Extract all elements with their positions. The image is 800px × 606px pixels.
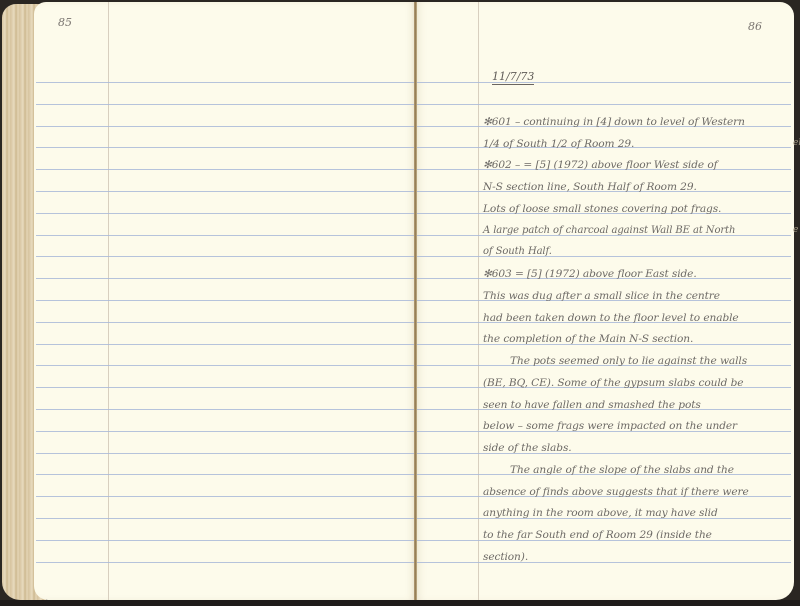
rule-line xyxy=(36,300,414,301)
rule-line xyxy=(36,540,414,541)
rule-line xyxy=(36,562,414,563)
rule-line xyxy=(36,213,414,214)
entry-date: 11/7/73 xyxy=(492,70,534,85)
note-line: ✻602 – = [5] (1972) above floor West sid… xyxy=(483,159,795,171)
notebook-spread: 85 86 11/7/73 ✻601 – continuing in [4] d… xyxy=(0,0,800,606)
note-line: to the far South end of Room 29 (inside … xyxy=(483,529,795,541)
note-line: anything in the room above, it may have … xyxy=(483,507,795,519)
rule-line xyxy=(36,278,414,279)
left-page-margin-line xyxy=(108,2,109,600)
note-line: A large patch of charcoal against Wall B… xyxy=(483,225,795,236)
right-page-number: 86 xyxy=(748,20,762,33)
rule-line xyxy=(417,82,791,83)
note-line: absence of finds above suggests that if … xyxy=(483,486,795,498)
rule-line xyxy=(36,431,414,432)
note-line: below – some frags were impacted on the … xyxy=(483,420,795,432)
rule-line xyxy=(36,453,414,454)
rule-line xyxy=(36,256,414,257)
right-page-margin-line xyxy=(478,2,479,600)
left-page xyxy=(34,2,416,600)
note-line: The pots seemed only to lie against the … xyxy=(510,355,795,367)
note-line: seen to have fallen and smashed the pots xyxy=(483,399,795,411)
note-line: (BE, BQ, CE). Some of the gypsum slabs c… xyxy=(483,377,795,389)
note-line: Lots of loose small stones covering pot … xyxy=(483,203,795,215)
note-line: This was dug after a small slice in the … xyxy=(483,290,795,302)
rule-line xyxy=(36,191,414,192)
bleed-through-mark: e xyxy=(793,225,798,235)
rule-line xyxy=(36,126,414,127)
rule-line xyxy=(36,169,414,170)
rule-line xyxy=(36,387,414,388)
rule-line xyxy=(36,82,414,83)
rule-line xyxy=(36,409,414,410)
rule-line xyxy=(36,474,414,475)
note-line: the completion of the Main N-S section. xyxy=(483,333,795,345)
rule-line xyxy=(36,365,414,366)
note-line: side of the slabs. xyxy=(483,442,795,454)
rule-line xyxy=(36,496,414,497)
note-line: ✻601 – continuing in [4] down to level o… xyxy=(483,116,795,128)
note-line: ✻603 = [5] (1972) above floor East side. xyxy=(483,268,795,280)
book-gutter xyxy=(414,2,417,600)
rule-line xyxy=(36,322,414,323)
rule-line xyxy=(36,104,414,105)
left-page-number: 85 xyxy=(58,16,72,29)
rule-line xyxy=(36,344,414,345)
note-line: 1/4 of South 1/2 of Room 29. xyxy=(483,138,795,150)
note-line: section). xyxy=(483,551,795,563)
desk-surface xyxy=(0,600,800,606)
bleed-through-mark: el xyxy=(793,138,800,148)
rule-line xyxy=(36,235,414,236)
note-line: The angle of the slope of the slabs and … xyxy=(510,464,795,476)
note-line: had been taken down to the floor level t… xyxy=(483,312,795,324)
rule-line xyxy=(36,518,414,519)
note-line: N-S section line, South Half of Room 29. xyxy=(483,181,795,193)
rule-line xyxy=(36,147,414,148)
note-line: of South Half. xyxy=(483,246,795,257)
rule-line xyxy=(417,104,791,105)
